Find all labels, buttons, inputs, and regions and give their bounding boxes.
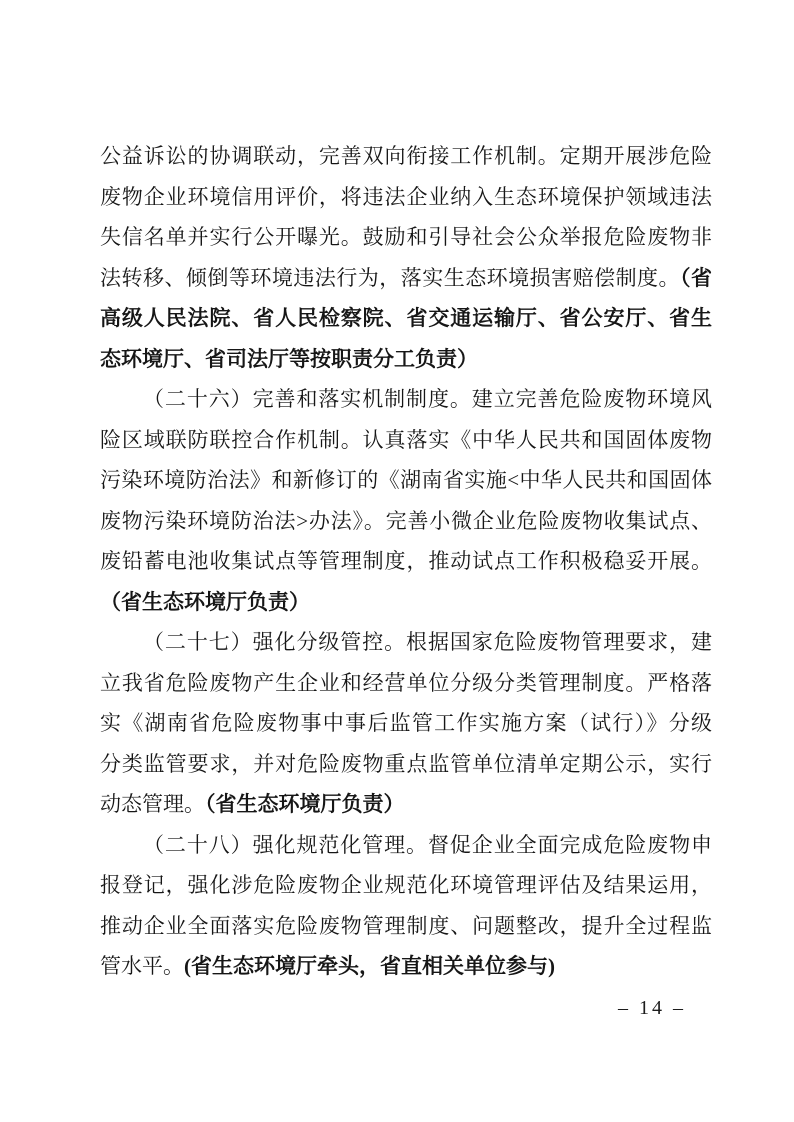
responsible-unit-text: 态环境厅、省司法厅等按职责分工负责） [100, 347, 478, 371]
text-line: （二十八）强化规范化管理。督促企业全面完成危险废物申 [100, 825, 712, 866]
body-text: 法转移、倾倒等环境违法行为，落实生态环境损害赔偿制度。 [100, 266, 680, 290]
page-number: – 14 – [612, 997, 692, 1020]
text-line: 废铅蓄电池收集试点等管理制度，推动试点工作积极稳妥开展。 [100, 541, 712, 582]
text-line: 险区域联防联控合作机制。认真落实《中华人民共和国固体废物 [100, 420, 712, 461]
text-line: （二十六）完善和落实机制制度。建立完善危险废物环境风 [100, 379, 712, 420]
responsible-unit-text: （省生态环境厅负责） [100, 590, 310, 614]
body-text: 管水平。 [100, 954, 184, 978]
body-text: （二十八）强化规范化管理。督促企业全面完成危险废物申 [143, 833, 712, 857]
body-text: 立我省危险废物产生企业和经营单位分级分类管理制度。严格落 [100, 671, 712, 695]
text-line: 管水平。(省生态环境厅牵头，省直相关单位参与) [100, 946, 712, 987]
body-text: （二十六）完善和落实机制制度。建立完善危险废物环境风 [143, 387, 712, 411]
text-line: 报登记，强化涉危险废物企业规范化环境管理评估及结果运用， [100, 865, 712, 906]
text-line: 分类监管要求，并对危险废物重点监管单位清单定期公示，实行 [100, 744, 712, 785]
text-line: 立我省危险废物产生企业和经营单位分级分类管理制度。严格落 [100, 663, 712, 704]
body-text: 实《湖南省危险废物事中事后监管工作实施方案（试行）》分级 [100, 711, 712, 735]
body-text: 废物污染环境防治法>办法》。完善小微企业危险废物收集试点、 [100, 509, 712, 533]
responsible-unit-text: (省生态环境厅牵头，省直相关单位参与) [184, 954, 555, 978]
text-line: 废物企业环境信用评价，将违法企业纳入生态环境保护领域违法 [100, 177, 712, 218]
body-text: 污染环境防治法》和新修订的《湖南省实施<中华人民共和国固体 [100, 468, 712, 492]
body-text: 公益诉讼的协调联动，完善双向衔接工作机制。定期开展涉危险 [100, 144, 712, 168]
body-text: 报登记，强化涉危险废物企业规范化环境管理评估及结果运用， [100, 873, 712, 897]
text-line: 高级人民法院、省人民检察院、省交通运输厅、省公安厅、省生 [100, 298, 712, 339]
body-text: 废物企业环境信用评价，将违法企业纳入生态环境保护领域违法 [100, 185, 712, 209]
responsible-unit-text: 高级人民法院、省人民检察院、省交通运输厅、省公安厅、省生 [100, 306, 712, 330]
text-line: （省生态环境厅负责） [100, 582, 712, 623]
document-body: 公益诉讼的协调联动，完善双向衔接工作机制。定期开展涉危险废物企业环境信用评价，将… [100, 136, 712, 987]
document-page: 公益诉讼的协调联动，完善双向衔接工作机制。定期开展涉危险废物企业环境信用评价，将… [0, 0, 794, 1122]
text-line: （二十七）强化分级管控。根据国家危险废物管理要求，建 [100, 622, 712, 663]
responsible-unit-text: （省 [680, 266, 712, 290]
body-text: 险区域联防联控合作机制。认真落实《中华人民共和国固体废物 [100, 428, 712, 452]
text-line: 实《湖南省危险废物事中事后监管工作实施方案（试行）》分级 [100, 703, 712, 744]
text-line: 动态管理。（省生态环境厅负责） [100, 784, 712, 825]
body-text: （二十七）强化分级管控。根据国家危险废物管理要求，建 [143, 630, 712, 654]
text-line: 公益诉讼的协调联动，完善双向衔接工作机制。定期开展涉危险 [100, 136, 712, 177]
responsible-unit-text: （省生态环境厅负责） [205, 792, 405, 816]
text-line: 失信名单并实行公开曝光。鼓励和引导社会公众举报危险废物非 [100, 217, 712, 258]
body-text: 失信名单并实行公开曝光。鼓励和引导社会公众举报危险废物非 [100, 225, 712, 249]
body-text: 动态管理。 [100, 792, 205, 816]
text-line: 态环境厅、省司法厅等按职责分工负责） [100, 339, 712, 380]
text-line: 废物污染环境防治法>办法》。完善小微企业危险废物收集试点、 [100, 501, 712, 542]
body-text: 分类监管要求，并对危险废物重点监管单位清单定期公示，实行 [100, 752, 712, 776]
body-text: 废铅蓄电池收集试点等管理制度，推动试点工作积极稳妥开展。 [100, 549, 712, 573]
text-line: 污染环境防治法》和新修订的《湖南省实施<中华人民共和国固体 [100, 460, 712, 501]
text-line: 推动企业全面落实危险废物管理制度、问题整改，提升全过程监 [100, 906, 712, 947]
body-text: 推动企业全面落实危险废物管理制度、问题整改，提升全过程监 [100, 914, 712, 938]
text-line: 法转移、倾倒等环境违法行为，落实生态环境损害赔偿制度。（省 [100, 258, 712, 299]
